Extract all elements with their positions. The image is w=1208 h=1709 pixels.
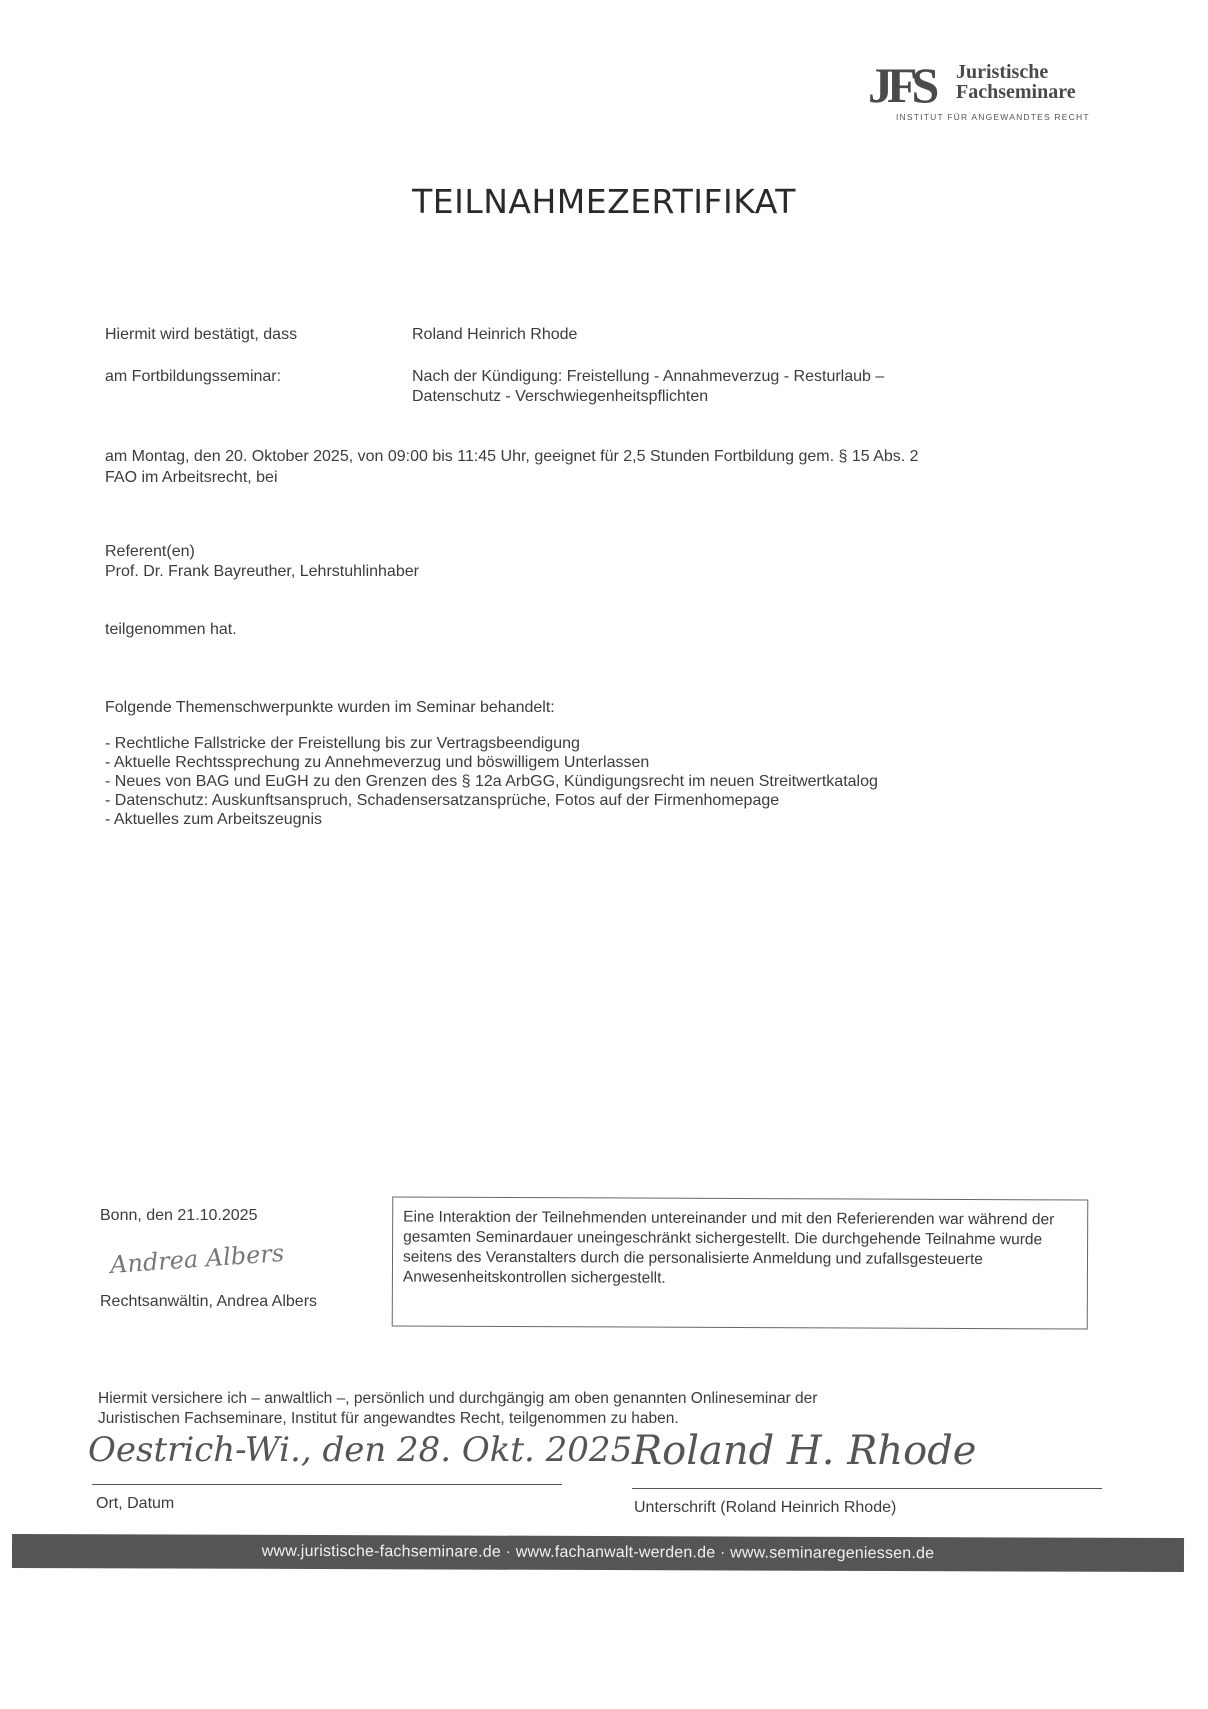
- closing-text: teilgenommen hat.: [105, 620, 237, 640]
- issuer-place-date: Bonn, den 21.10.2025: [100, 1206, 257, 1226]
- confirmation-label: Hiermit wird bestätigt, dass: [105, 325, 297, 345]
- issuer-role-name: Rechtsanwältin, Andrea Albers: [100, 1292, 317, 1312]
- logo-name-line2: Fachseminare: [956, 82, 1076, 102]
- logo-name: Juristische Fachseminare: [956, 62, 1076, 102]
- place-date-line: [92, 1484, 562, 1485]
- date-line2: FAO im Arbeitsrecht, bei: [105, 467, 919, 488]
- jfs-logo: JFS Juristische Fachseminare INSTITUT FÜ…: [868, 60, 1108, 130]
- handwritten-place-date: Oestrich-Wi., den 28. Okt. 2025: [88, 1430, 632, 1470]
- handwritten-signature: Roland H. Rhode: [632, 1428, 976, 1474]
- logo-subtitle: INSTITUT FÜR ANGEWANDTES RECHT: [896, 112, 1090, 122]
- seminar-title: Nach der Kündigung: Freistellung - Annah…: [412, 367, 884, 407]
- seminar-date-text: am Montag, den 20. Oktober 2025, von 09:…: [105, 446, 919, 488]
- topic-item: - Rechtliche Fallstricke der Freistellun…: [105, 734, 878, 753]
- issuer-signature: Andrea Albers: [109, 1239, 285, 1279]
- declaration-text: Hiermit versichere ich – anwaltlich –, p…: [98, 1389, 817, 1429]
- document-title: TEILNAHMEZERTIFIKAT: [0, 182, 1208, 221]
- footer-links: www.juristische-fachseminare.de · www.fa…: [262, 1543, 934, 1563]
- seminar-title-line1: Nach der Kündigung: Freistellung - Annah…: [412, 367, 884, 387]
- topic-item: - Aktuelles zum Arbeitszeugnis: [105, 810, 878, 829]
- attendance-info-text: Eine Interaktion der Teilnehmenden unter…: [403, 1208, 1077, 1291]
- participant-name: Roland Heinrich Rhode: [412, 325, 577, 345]
- declaration-line2: Juristischen Fachseminare, Institut für …: [98, 1409, 817, 1429]
- attendance-info-box: Eine Interaktion der Teilnehmenden unter…: [392, 1196, 1089, 1329]
- footer-bar: www.juristische-fachseminare.de · www.fa…: [12, 1534, 1184, 1572]
- speakers-label: Referent(en): [105, 542, 195, 562]
- signature-label: Unterschrift (Roland Heinrich Rhode): [634, 1498, 896, 1518]
- speaker-name: Prof. Dr. Frank Bayreuther, Lehrstuhlinh…: [105, 562, 419, 582]
- topics-list: - Rechtliche Fallstricke der Freistellun…: [105, 734, 878, 829]
- seminar-label: am Fortbildungsseminar:: [105, 367, 281, 387]
- topics-intro: Folgende Themenschwerpunkte wurden im Se…: [105, 698, 555, 718]
- topic-item: - Aktuelle Rechtssprechung zu Annehmever…: [105, 753, 878, 772]
- logo-mark: JFS: [868, 60, 933, 110]
- date-line1: am Montag, den 20. Oktober 2025, von 09:…: [105, 446, 919, 467]
- signature-line: [632, 1488, 1102, 1489]
- logo-name-line1: Juristische: [956, 62, 1076, 82]
- seminar-title-line2: Datenschutz - Verschwiegenheitspflichten: [412, 387, 884, 407]
- topic-item: - Datenschutz: Auskunftsanspruch, Schade…: [105, 791, 878, 810]
- topic-item: - Neues von BAG und EuGH zu den Grenzen …: [105, 772, 878, 791]
- declaration-line1: Hiermit versichere ich – anwaltlich –, p…: [98, 1389, 817, 1409]
- place-date-label: Ort, Datum: [96, 1494, 174, 1514]
